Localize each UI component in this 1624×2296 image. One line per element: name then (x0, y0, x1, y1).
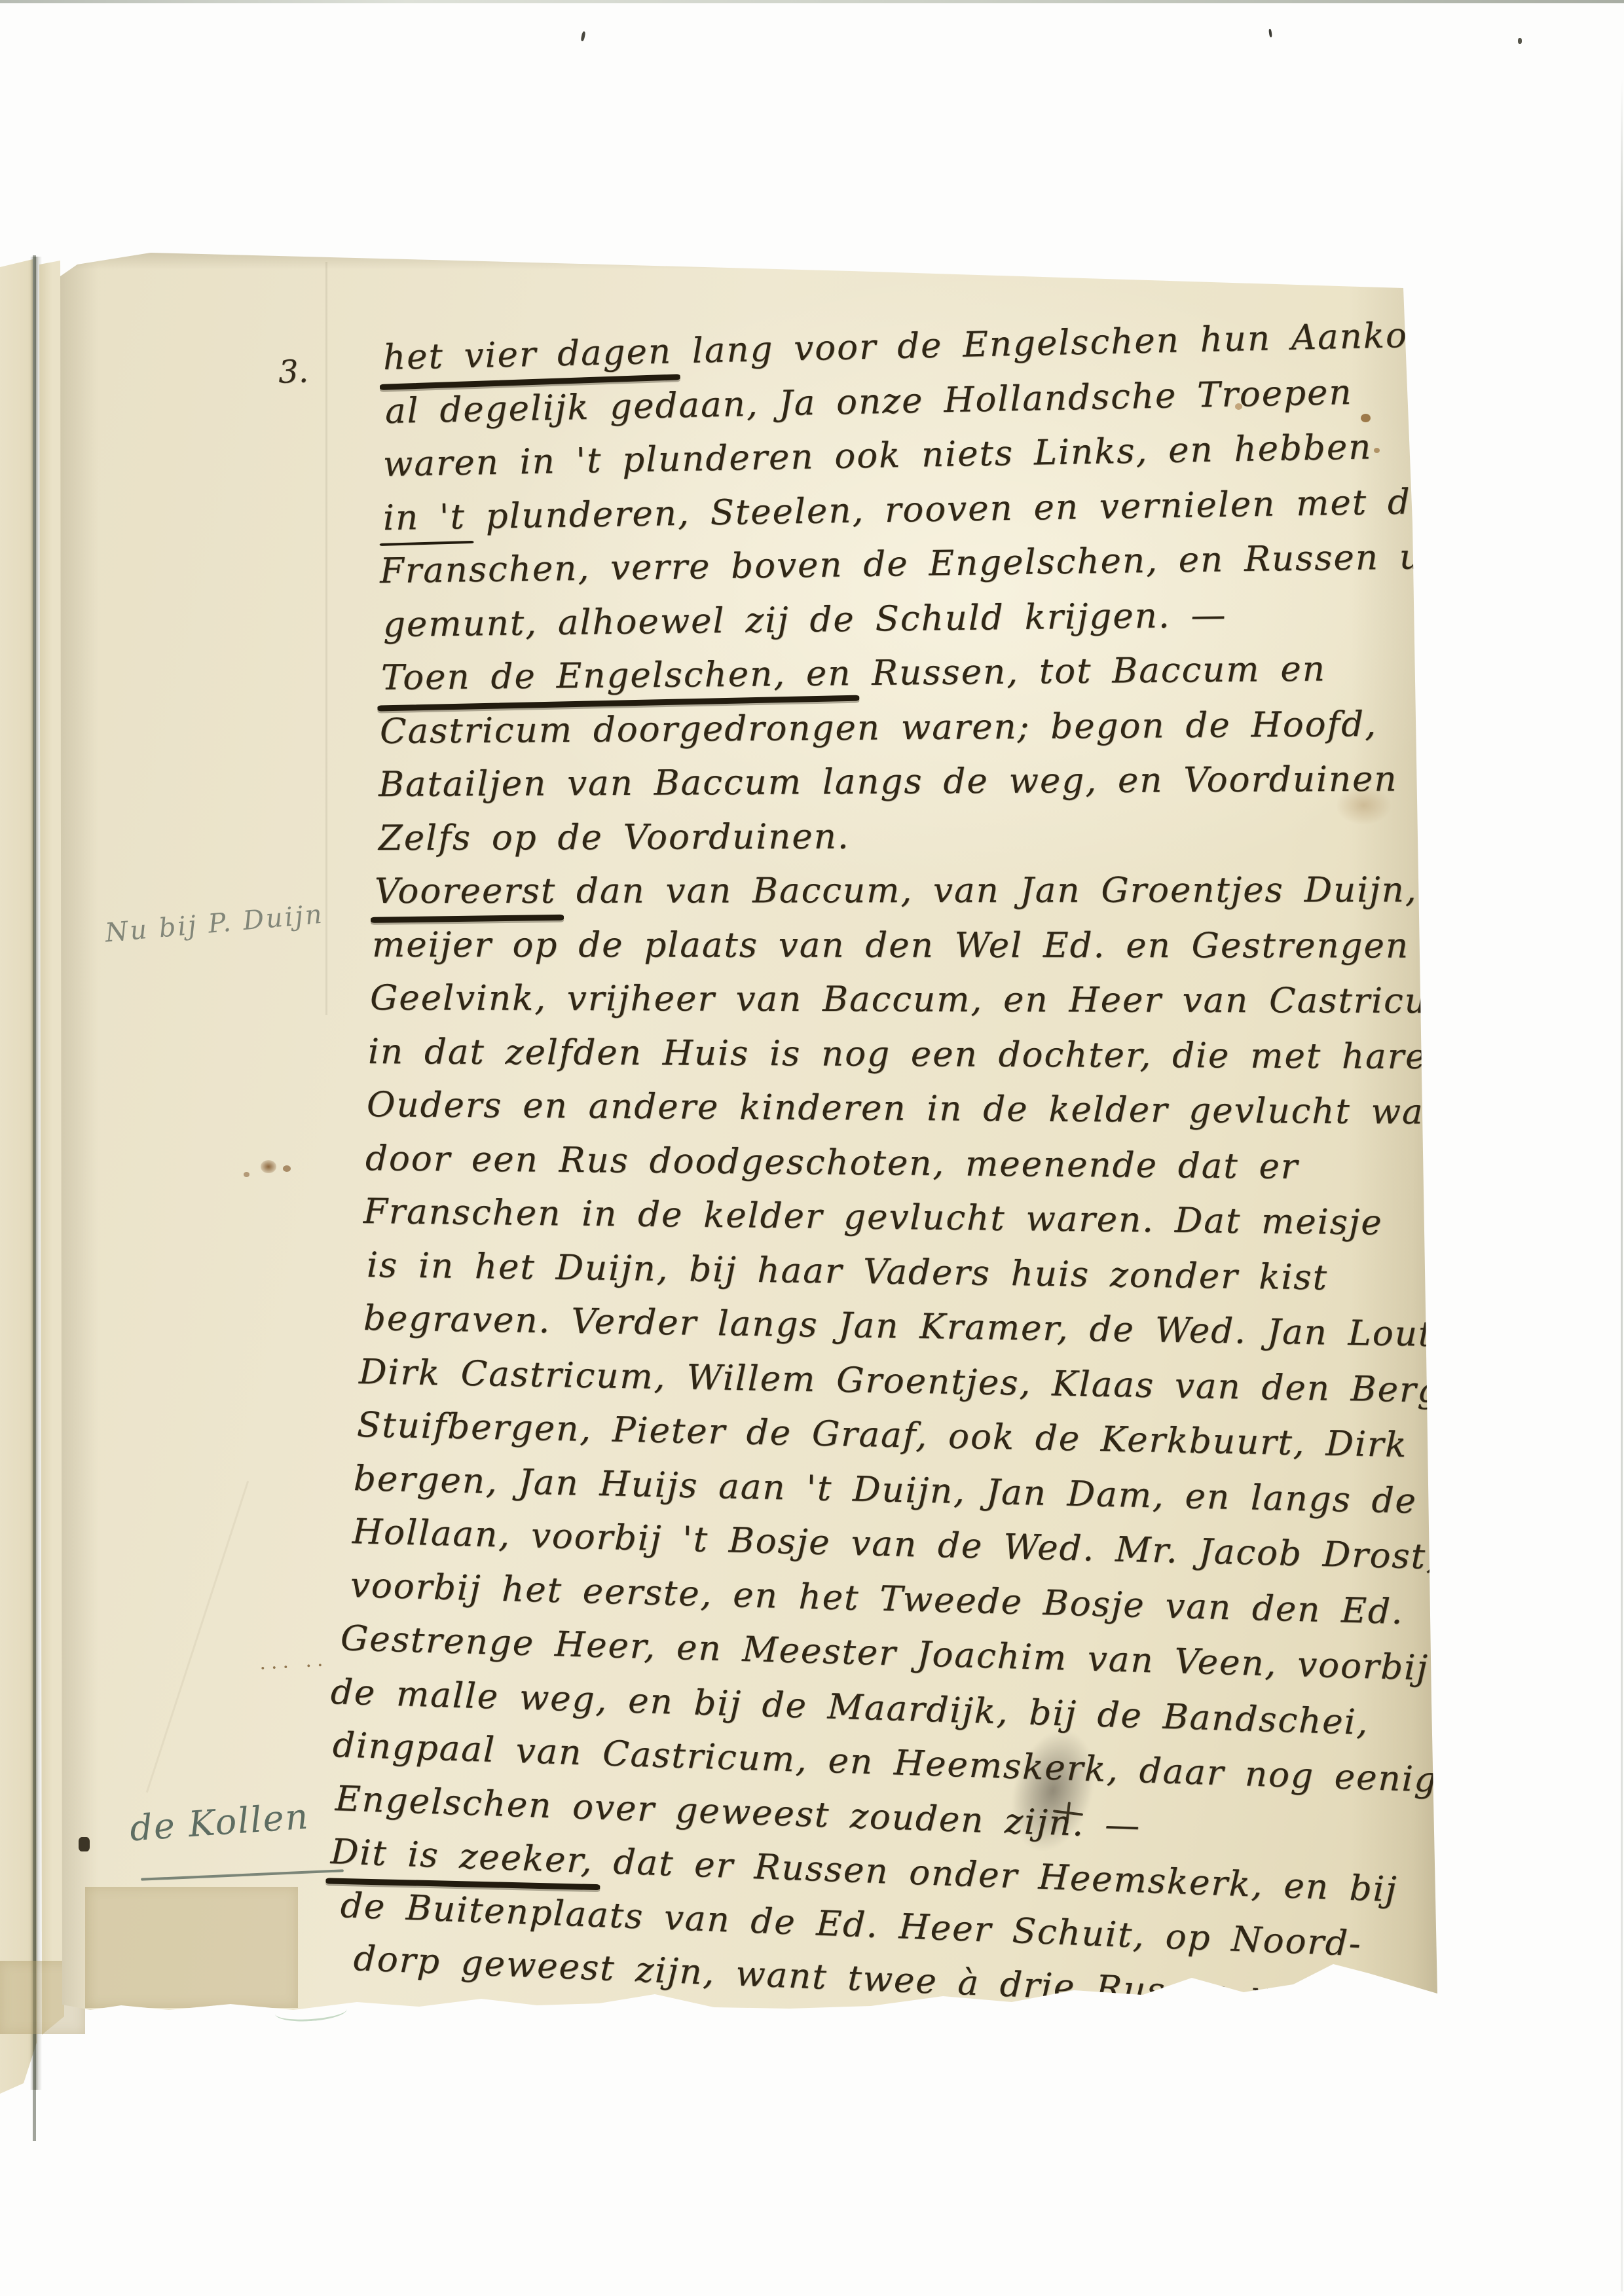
page-left-edge-shading (59, 262, 98, 2010)
pencil-dots: ... .. (259, 1648, 329, 1674)
line-text: is in het Duijn, bij haar Vaders huis zo… (367, 1245, 1329, 1298)
handwritten-line: Vooreerst dan van Baccum, van Jan Groent… (375, 870, 1418, 911)
scanner-edge-line (0, 0, 1624, 3)
handwritten-line: gemunt, alhoewel zij de Schuld krijgen. … (383, 595, 1227, 645)
line-text: Zelfs op de Voorduinen. (378, 816, 850, 858)
handwritten-line: waren in 't plunderen ook niets Links, e… (382, 427, 1372, 484)
margin-note-pencil: Nu bij P. Duijn (104, 899, 325, 948)
handwritten-line: Batailjen van Baccum langs de weg, en Vo… (378, 759, 1398, 805)
line-text: dan van Baccum, van Jan Groentjes Duijn, (556, 870, 1418, 911)
dark-speck (79, 1837, 90, 1851)
handwritten-line: Toen de Engelschen, en Russen, tot Baccu… (381, 649, 1326, 698)
ink-stain (1344, 1977, 1351, 1984)
spine-fold-line (33, 255, 36, 2141)
manuscript-page: ... .. 3. het vier dagen lang voor de En… (0, 0, 1624, 2296)
underlined-phrase: Dit is zeeker, (330, 1832, 594, 1881)
page-number: 3. (278, 353, 309, 391)
handwritten-line: in 't plunderen, Steelen, rooven en vern… (383, 481, 1433, 538)
handwritten-line: Franschen in de kelder gevlucht waren. D… (363, 1192, 1383, 1243)
line-text: Batailjen van Baccum langs de weg, en Vo… (378, 759, 1398, 805)
margin-note-green-ink: de Kollen (128, 1796, 310, 1850)
handwritten-line: Hollaan, voorbij 't Bosje van de Wed. Mr… (352, 1512, 1439, 1577)
ink-stain (1374, 448, 1380, 453)
ink-stain (1361, 1995, 1366, 2000)
handwritten-line: begraven. Verder langs Jan Kramer, de We… (363, 1298, 1483, 1355)
handwritten-line: Zelfs op de Voorduinen. (378, 816, 850, 858)
line-text: gemunt, alhoewel zij de Schuld krijgen. … (383, 595, 1227, 645)
line-text: voorbij het eerste, en het Tweede Bosje … (350, 1565, 1404, 1632)
underlined-phrase: in 't (383, 497, 466, 538)
paper-crease (146, 1481, 249, 1793)
dust-speck (1518, 38, 1522, 44)
handwritten-line: bergen, Jan Huijs aan 't Duijn, Jan Dam,… (353, 1459, 1417, 1522)
line-text: Ouders en andere kinderen in de kelder g… (367, 1085, 1488, 1133)
handwritten-line: voorbij het eerste, en het Tweede Bosje … (350, 1565, 1404, 1632)
handwritten-line: Franschen, verre boven de Engelschen, en… (380, 536, 1464, 591)
handwritten-line: in dat zelfden Huis is nog een dochter, … (368, 1032, 1428, 1077)
underlined-phrase: het vier dagen (382, 331, 672, 378)
spine-paper-strip-inner (38, 0, 64, 2296)
underlined-phrase: Toen de Engelschen, en (381, 653, 852, 698)
margin-note-underline (141, 1869, 344, 1881)
foxing-stain (283, 1165, 291, 1172)
ink-stain (1361, 414, 1371, 422)
handwritten-line: meijer op de plaats van den Wel Ed. en G… (372, 925, 1522, 966)
line-text: Hollaan, voorbij 't Bosje van de Wed. Mr… (352, 1512, 1439, 1577)
tape-repair-corner (85, 1887, 298, 2008)
handwritten-line: het vier dagen lang voor de Engelschen h… (382, 314, 1489, 378)
foxing-stain (261, 1160, 276, 1173)
line-text: Franschen in de kelder gevlucht waren. D… (363, 1192, 1383, 1243)
foxing-stain (244, 1172, 249, 1177)
line-text: in dat zelfden Huis is nog een dochter, … (368, 1032, 1428, 1077)
underlined-phrase: Vooreerst (375, 871, 556, 911)
handwritten-line: Castricum doorgedrongen waren; begon de … (380, 704, 1377, 751)
handwritten-line: door een Rus doodgeschoten, meenende dat… (365, 1139, 1299, 1187)
line-text: meijer op de plaats van den Wel Ed. en G… (372, 925, 1522, 966)
scanned-manuscript: ... .. 3. het vier dagen lang voor de En… (0, 0, 1624, 2296)
line-text: Geelvink, vrijheer van Baccum, en Heer v… (370, 978, 1475, 1021)
dust-speck (580, 31, 585, 42)
line-text: bergen, Jan Huijs aan 't Duijn, Jan Dam,… (353, 1459, 1417, 1522)
line-text: Franschen, verre boven de Engelschen, en… (380, 536, 1464, 591)
page-right-edge-shading (1349, 275, 1441, 2003)
line-text: waren in 't plunderen ook niets Links, e… (382, 427, 1372, 484)
line-text: begraven. Verder langs Jan Kramer, de We… (363, 1298, 1483, 1355)
handwritten-line: Ouders en andere kinderen in de kelder g… (367, 1085, 1488, 1133)
scanner-right-edge-line (1621, 79, 1623, 2291)
line-text: Russen, tot Baccum en (851, 649, 1326, 693)
paper-crease (325, 262, 327, 1015)
handwritten-line: is in het Duijn, bij haar Vaders huis zo… (367, 1245, 1329, 1298)
page-top-edge-shading (59, 253, 1408, 270)
dust-speck (1268, 29, 1272, 37)
line-text: plunderen, Steelen, rooven en vernielen … (465, 481, 1433, 536)
line-text: Castricum doorgedrongen waren; begon de … (380, 704, 1377, 751)
line-text: door een Rus doodgeschoten, meenende dat… (365, 1139, 1299, 1187)
handwritten-line: Geelvink, vrijheer van Baccum, en Heer v… (370, 978, 1475, 1021)
